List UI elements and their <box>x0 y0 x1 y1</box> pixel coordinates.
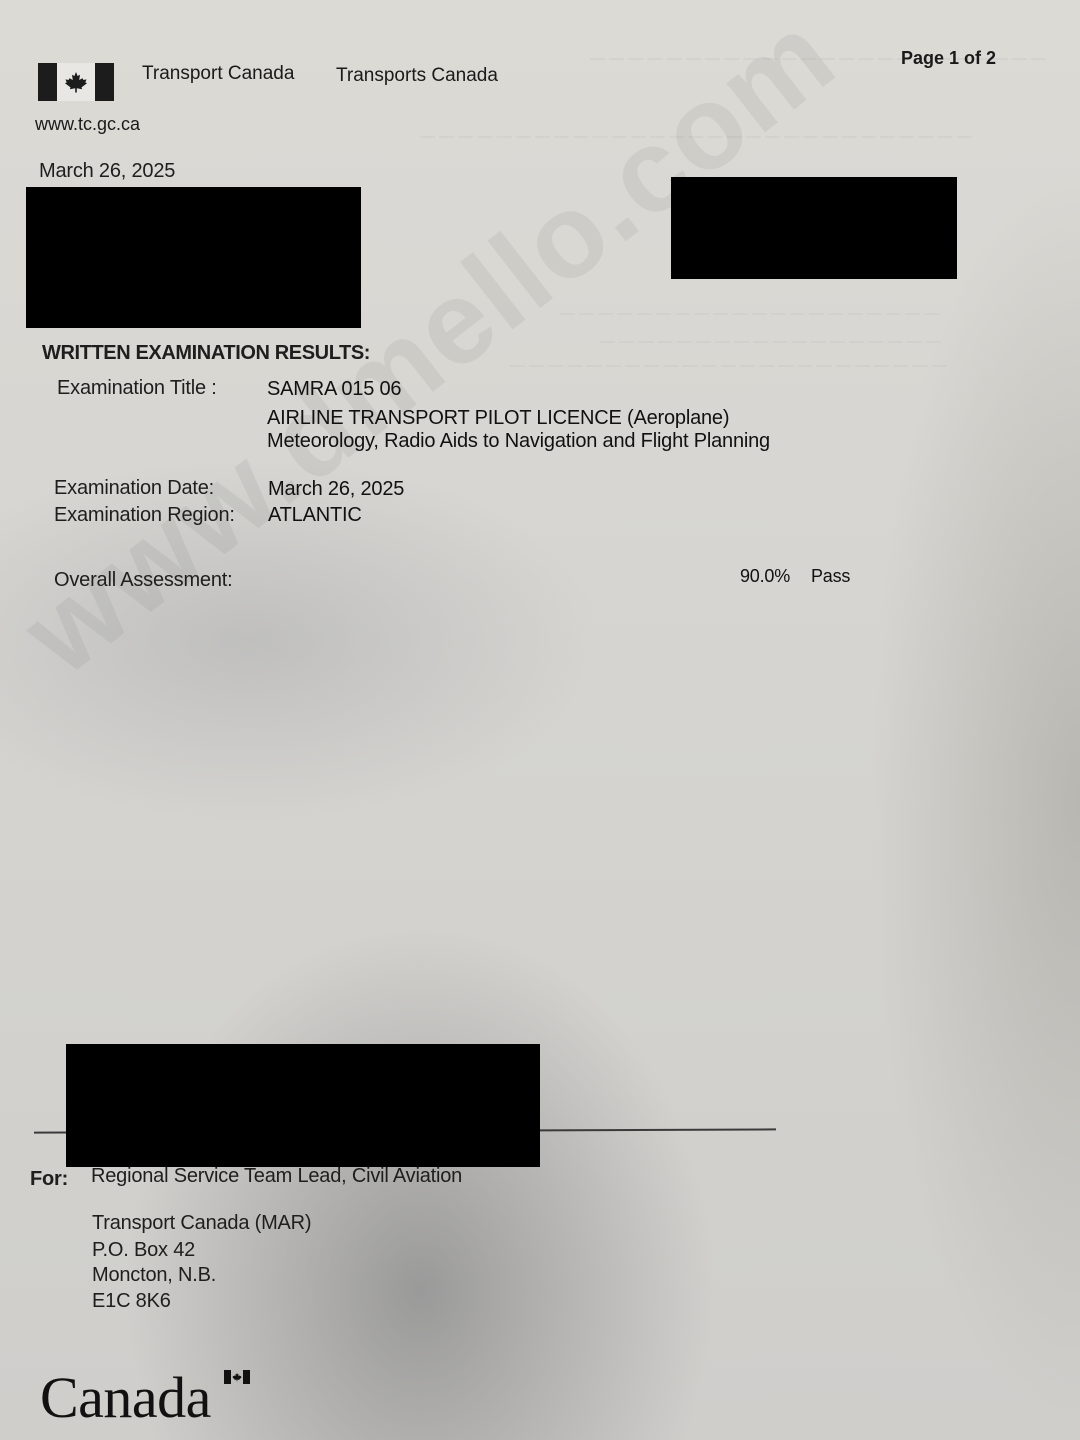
redaction-overlay <box>66 1044 540 1167</box>
org-name-french: Transports Canada <box>336 65 498 87</box>
bleed-through-text: ​— — — — — — — — — — — — — — — — — — — —… <box>510 357 947 374</box>
bleed-through-text: ​— — — — — — — — — — — — — — — — — — — —… <box>420 128 972 145</box>
exam-region-label: Examination Region: <box>54 504 235 527</box>
assessment-result-badge: Pass <box>811 566 850 587</box>
for-label: For: <box>30 1168 68 1191</box>
exam-region-value: ATLANTIC <box>268 504 362 527</box>
bleed-through-text: ​— — — — — — — — — — — — — — — — — — — — <box>560 305 939 322</box>
redacted-reference-info <box>671 177 957 279</box>
canada-flag-icon <box>38 63 114 101</box>
canada-wordmark: Canada <box>40 1364 211 1431</box>
bleed-through-text: ​— — — — — — — — — — — — — — — — — — <box>600 333 941 350</box>
exam-title-label: Examination Title : <box>57 377 217 400</box>
signatory-title: Regional Service Team Lead, Civil Aviati… <box>91 1165 462 1188</box>
letter-date: March 26, 2025 <box>39 160 175 183</box>
address-line-3: Moncton, N.B. <box>92 1264 216 1287</box>
page-indicator: Page 1 of 2 <box>901 48 996 69</box>
address-line-4: E1C 8K6 <box>92 1290 171 1313</box>
exam-title-subject: Meteorology, Radio Aids to Navigation an… <box>267 430 770 453</box>
redacted-recipient-address <box>26 187 361 328</box>
exam-title-code: SAMRA 015 06 <box>267 378 401 401</box>
overall-assessment-label: Overall Assessment: <box>54 569 233 592</box>
exam-title-licence: AIRLINE TRANSPORT PILOT LICENCE (Aeropla… <box>267 407 729 430</box>
exam-date-value: March 26, 2025 <box>268 478 404 501</box>
exam-date-label: Examination Date: <box>54 477 214 500</box>
results-heading: WRITTEN EXAMINATION RESULTS: <box>42 342 370 365</box>
website-link[interactable]: www.tc.gc.ca <box>35 114 140 135</box>
org-name-english: Transport Canada <box>142 63 294 85</box>
assessment-score: 90.0% <box>740 566 790 587</box>
address-line-1: Transport Canada (MAR) <box>92 1212 311 1235</box>
address-line-2: P.O. Box 42 <box>92 1239 195 1262</box>
wordmark-flag-icon <box>224 1370 250 1384</box>
